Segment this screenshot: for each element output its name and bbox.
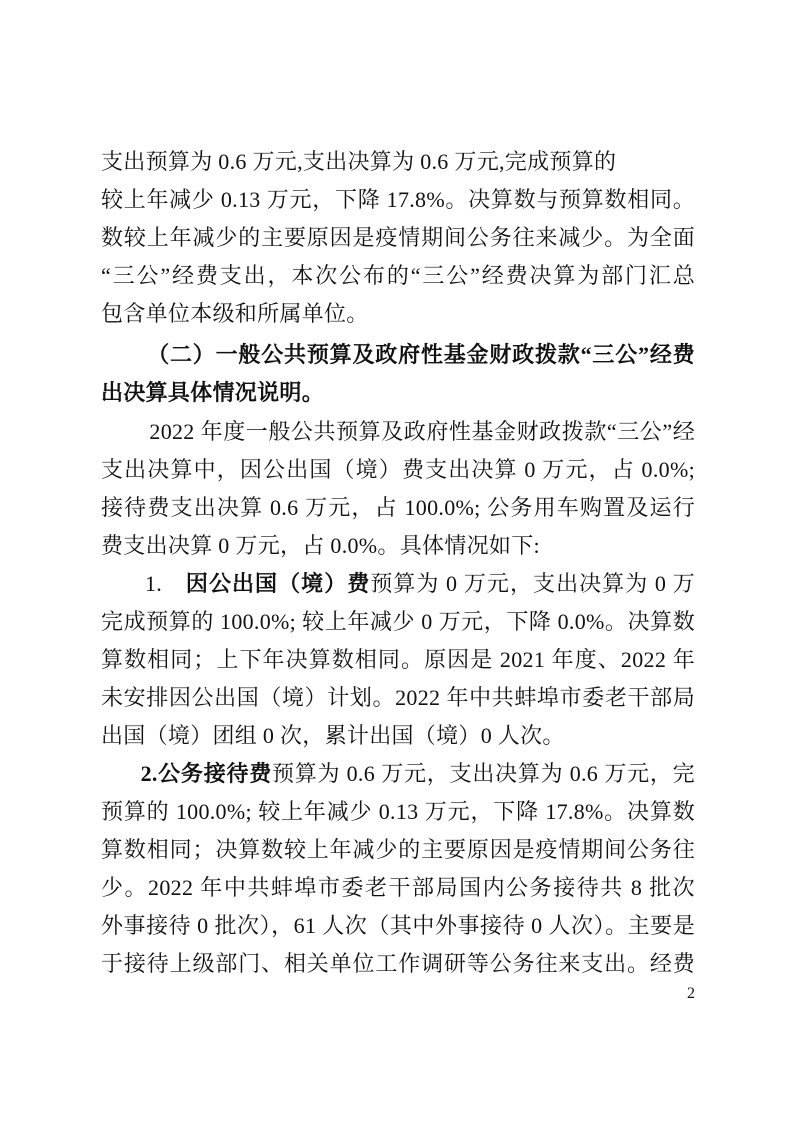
para-item-2-reception: 2.公务接待费预算为 0.6 万元，支出决算为 0.6 万元，完成预算的 100…	[101, 755, 695, 983]
para-item-2-reception-line-5: 外事接待 0 批次），61 人次（其中外事接待 0 人次）。主要是用	[101, 907, 695, 945]
para-carryover-reception-line-1: 支出预算为 0.6 万元,支出决算为 0.6 万元,完成预算的 100.0%;	[101, 143, 695, 181]
text-run: 预算的 100.0%; 较上年减少 0.13 万元，下降 17.8%。决算数与预	[101, 799, 695, 831]
para-overview-2022-line-1: 2022 年度一般公共预算及政府性基金财政拨款“三公”经费	[101, 413, 695, 451]
text-run: 包含单位本级和所属单位。	[101, 301, 369, 326]
text-run: 未安排因公出国（境）计划。2022 年中共蚌埠市委老干部局因公	[101, 685, 695, 717]
document-body: 支出预算为 0.6 万元,支出决算为 0.6 万元,完成预算的 100.0%;较…	[101, 143, 695, 983]
page-number: 2	[101, 984, 697, 1004]
para-item-2-reception-line-4: 少。2022 年中共蚌埠市委老干部局国内公务接待共 8 批次（其中	[101, 869, 695, 907]
para-item-1-abroad-line-2: 完成预算的 100.0%; 较上年减少 0 万元，下降 0.0%。决算数与预	[101, 603, 695, 641]
para-item-1-abroad-line-5: 出国（境）团组 0 次，累计出国（境）0 人次。	[101, 717, 695, 755]
text-run: 少。2022 年中共蚌埠市委老干部局国内公务接待共 8 批次（其中	[101, 875, 695, 907]
section-heading-2: （二）一般公共预算及政府性基金财政拨款“三公”经费支出决算具体情况说明。	[101, 336, 695, 412]
para-carryover-reception-line-4: “三公”经费支出，本次公布的“三公”经费决算为部门汇总数，	[101, 257, 695, 295]
bold-text-run: 因公出国（境）费	[186, 571, 370, 596]
text-run: 出国（境）团组 0 次，累计出国（境）0 人次。	[101, 723, 565, 748]
bold-text-run: 出决算具体情况说明。	[101, 380, 324, 405]
text-run: 数较上年减少的主要原因是疫情期间公务往来减少。为全面反映	[101, 225, 695, 257]
text-run: 完成预算的 100.0%; 较上年减少 0 万元，下降 0.0%。决算数与预	[101, 609, 695, 641]
text-run: 外事接待 0 批次），61 人次（其中外事接待 0 人次）。主要是用	[101, 913, 695, 945]
para-item-1-abroad-line-1: 1. 因公出国（境）费预算为 0 万元，支出决算为 0 万元，	[101, 565, 695, 603]
para-item-2-reception-line-1: 2.公务接待费预算为 0.6 万元，支出决算为 0.6 万元，完成	[101, 755, 695, 793]
document-page: 支出预算为 0.6 万元,支出决算为 0.6 万元,完成预算的 100.0%;较…	[0, 0, 793, 1122]
text-run: 较上年减少 0.13 万元，下降 17.8%。决算数与预算数相同。决算	[101, 187, 695, 219]
para-item-1-abroad-line-4: 未安排因公出国（境）计划。2022 年中共蚌埠市委老干部局因公	[101, 679, 695, 717]
text-run: 1.	[145, 571, 186, 596]
bold-text-run: （二）一般公共预算及政府性基金财政拨款“三公”经费支	[101, 342, 695, 374]
text-run: 接待费支出决算 0.6 万元，占 100.0%; 公务用车购置及运行维护	[101, 495, 695, 527]
section-heading-2-line-2: 出决算具体情况说明。	[101, 374, 695, 412]
para-item-1-abroad-line-3: 算数相同；上下年决算数相同。原因是 2021 年度、2022 年度均	[101, 641, 695, 679]
text-run: 于接待上级部门、相关单位工作调研等公务往来支出。经费使用	[101, 951, 695, 983]
para-overview-2022-line-4: 费支出决算 0 万元，占 0.0%。具体情况如下:	[101, 527, 695, 565]
text-run: 算数相同；上下年决算数相同。原因是 2021 年度、2022 年度均	[101, 647, 695, 679]
para-overview-2022-line-3: 接待费支出决算 0.6 万元，占 100.0%; 公务用车购置及运行维护	[101, 489, 695, 527]
para-item-1-abroad: 1. 因公出国（境）费预算为 0 万元，支出决算为 0 万元，完成预算的 100…	[101, 565, 695, 755]
para-overview-2022: 2022 年度一般公共预算及政府性基金财政拨款“三公”经费支出决算中，因公出国（…	[101, 413, 695, 565]
text-run: “三公”经费支出，本次公布的“三公”经费决算为部门汇总数，	[101, 263, 695, 295]
para-overview-2022-line-2: 支出决算中，因公出国（境）费支出决算 0 万元，占 0.0%; 公务	[101, 451, 695, 489]
para-item-2-reception-line-6: 于接待上级部门、相关单位工作调研等公务往来支出。经费使用	[101, 945, 695, 983]
text-run: 费支出决算 0 万元，占 0.0%。具体情况如下:	[101, 533, 540, 558]
para-carryover-reception-line-3: 数较上年减少的主要原因是疫情期间公务往来减少。为全面反映	[101, 219, 695, 257]
bold-text-run: 2.公务接待费	[141, 761, 272, 786]
text-run: 2022 年度一般公共预算及政府性基金财政拨款“三公”经费	[101, 419, 695, 451]
section-heading-2-line-1: （二）一般公共预算及政府性基金财政拨款“三公”经费支	[101, 336, 695, 374]
text-run: 支出决算中，因公出国（境）费支出决算 0 万元，占 0.0%; 公务	[101, 457, 695, 489]
para-item-2-reception-line-3: 算数相同；决算数较上年减少的主要原因是疫情期间公务往来减	[101, 831, 695, 869]
para-item-2-reception-line-2: 预算的 100.0%; 较上年减少 0.13 万元，下降 17.8%。决算数与预	[101, 793, 695, 831]
text-run: 支出预算为 0.6 万元,支出决算为 0.6 万元,完成预算的 100.0%;	[101, 149, 616, 181]
para-carryover-reception-line-2: 较上年减少 0.13 万元，下降 17.8%。决算数与预算数相同。决算	[101, 181, 695, 219]
para-carryover-reception: 支出预算为 0.6 万元,支出决算为 0.6 万元,完成预算的 100.0%;较…	[101, 143, 695, 333]
text-run: 算数相同；决算数较上年减少的主要原因是疫情期间公务往来减	[101, 837, 695, 869]
para-carryover-reception-line-5: 包含单位本级和所属单位。	[101, 295, 695, 333]
